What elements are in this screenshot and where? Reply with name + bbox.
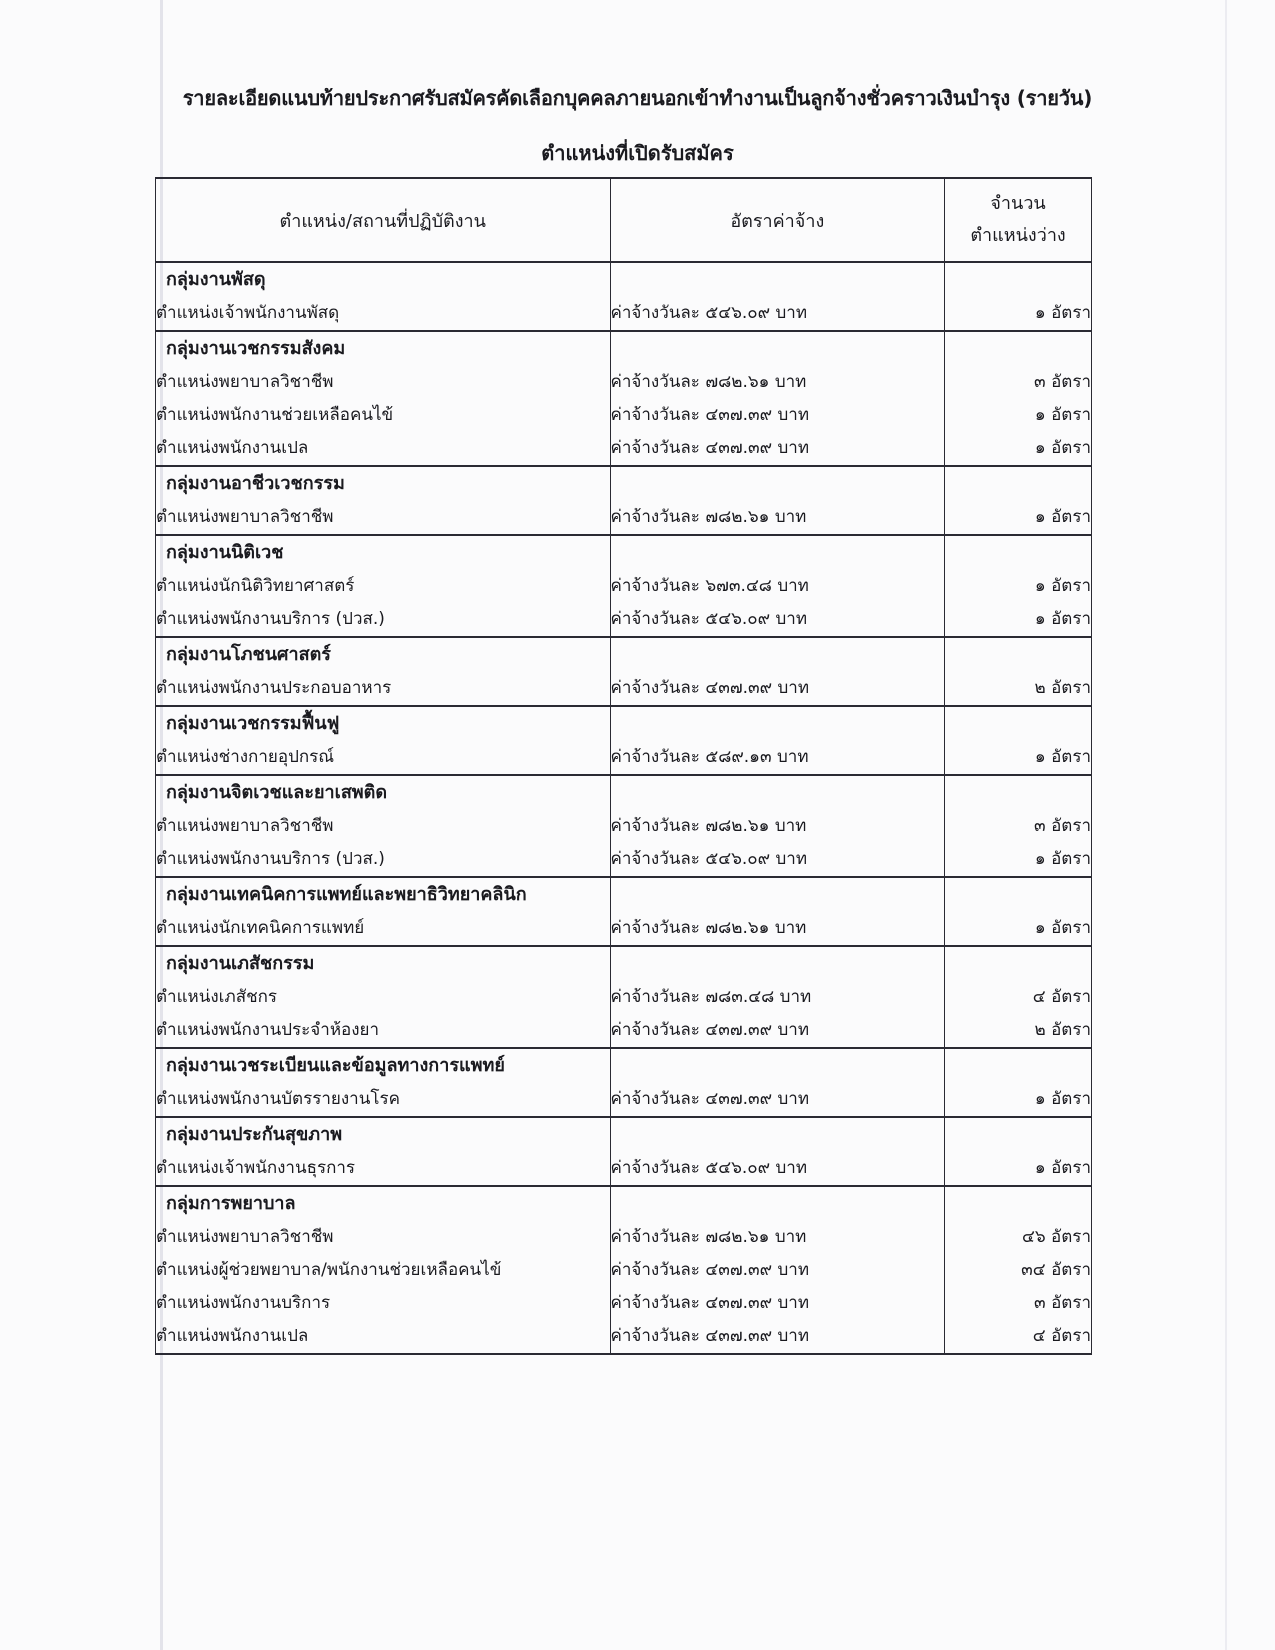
daily-wage: ค่าจ้างวันละ ๕๔๖.๐๙ บาท bbox=[610, 1152, 945, 1186]
group-header-row: กลุ่มงานอาชีวเวชกรรม bbox=[156, 466, 1092, 501]
table-row: ตำแหน่งเจ้าพนักงานพัสดุค่าจ้างวันละ ๕๔๖.… bbox=[156, 297, 1092, 331]
department-name: กลุ่มงานโภชนศาสตร์ bbox=[156, 637, 611, 672]
table-row: ตำแหน่งพนักงานบริการ (ปวส.)ค่าจ้างวันละ … bbox=[156, 843, 1092, 877]
table-row: ตำแหน่งพยาบาลวิชาชีพค่าจ้างวันละ ๗๘๒.๖๑ … bbox=[156, 810, 1092, 843]
wage-cell-empty bbox=[610, 1186, 945, 1221]
daily-wage: ค่าจ้างวันละ ๗๘๒.๖๑ บาท bbox=[610, 366, 945, 399]
vacancy-count: ๓๔ อัตรา bbox=[945, 1254, 1092, 1287]
group-header-row: กลุ่มการพยาบาล bbox=[156, 1186, 1092, 1221]
position-title: ตำแหน่งนักนิติวิทยาศาสตร์ bbox=[156, 570, 611, 603]
group-header-row: กลุ่มงานเวชกรรมฟื้นฟู bbox=[156, 706, 1092, 741]
position-title: ตำแหน่งพนักงานประกอบอาหาร bbox=[156, 672, 611, 706]
count-cell-empty bbox=[945, 637, 1092, 672]
department-name: กลุ่มงานเวชระเบียนและข้อมูลทางการแพทย์ bbox=[156, 1048, 611, 1083]
open-positions-table: ตำแหน่ง/สถานที่ปฏิบัติงาน อัตราค่าจ้าง จ… bbox=[155, 177, 1092, 1355]
wage-cell-empty bbox=[610, 877, 945, 912]
vacancy-count: ๓ อัตรา bbox=[945, 810, 1092, 843]
daily-wage: ค่าจ้างวันละ ๗๘๒.๖๑ บาท bbox=[610, 912, 945, 946]
table-row: ตำแหน่งพนักงานเปลค่าจ้างวันละ ๔๓๗.๓๙ บาท… bbox=[156, 432, 1092, 466]
wage-cell-empty bbox=[610, 946, 945, 981]
table-header: ตำแหน่ง/สถานที่ปฏิบัติงาน อัตราค่าจ้าง จ… bbox=[156, 178, 1092, 262]
position-title: ตำแหน่งพนักงานเปล bbox=[156, 1320, 611, 1354]
daily-wage: ค่าจ้างวันละ ๗๘๓.๔๘ บาท bbox=[610, 981, 945, 1014]
department-name: กลุ่มงานพัสดุ bbox=[156, 262, 611, 297]
department-name: กลุ่มการพยาบาล bbox=[156, 1186, 611, 1221]
department-group: กลุ่มงานประกันสุขภาพตำแหน่งเจ้าพนักงานธุ… bbox=[156, 1117, 1092, 1186]
count-cell-empty bbox=[945, 466, 1092, 501]
group-header-row: กลุ่มงานเภสัชกรรม bbox=[156, 946, 1092, 981]
table-row: ตำแหน่งผู้ช่วยพยาบาล/พนักงานช่วยเหลือคนไ… bbox=[156, 1254, 1092, 1287]
table-row: ตำแหน่งพยาบาลวิชาชีพค่าจ้างวันละ ๗๘๒.๖๑ … bbox=[156, 366, 1092, 399]
vacancy-count: ๑ อัตรา bbox=[945, 741, 1092, 775]
vacancy-count: ๔ อัตรา bbox=[945, 1320, 1092, 1354]
table-row: ตำแหน่งพนักงานเปลค่าจ้างวันละ ๔๓๗.๓๙ บาท… bbox=[156, 1320, 1092, 1354]
position-title: ตำแหน่งพยาบาลวิชาชีพ bbox=[156, 501, 611, 535]
vacancy-count: ๑ อัตรา bbox=[945, 570, 1092, 603]
group-header-row: กลุ่มงานเวชระเบียนและข้อมูลทางการแพทย์ bbox=[156, 1048, 1092, 1083]
wage-cell-empty bbox=[610, 535, 945, 570]
position-title: ตำแหน่งพนักงานเปล bbox=[156, 432, 611, 466]
table-row: ตำแหน่งพนักงานประจำห้องยาค่าจ้างวันละ ๔๓… bbox=[156, 1014, 1092, 1048]
wage-cell-empty bbox=[610, 706, 945, 741]
group-header-row: กลุ่มงานพัสดุ bbox=[156, 262, 1092, 297]
position-title: ตำแหน่งพยาบาลวิชาชีพ bbox=[156, 1221, 611, 1254]
group-header-row: กลุ่มงานโภชนศาสตร์ bbox=[156, 637, 1092, 672]
table-row: ตำแหน่งช่างกายอุปกรณ์ค่าจ้างวันละ ๕๘๙.๑๓… bbox=[156, 741, 1092, 775]
position-title: ตำแหน่งนักเทคนิคการแพทย์ bbox=[156, 912, 611, 946]
count-cell-empty bbox=[945, 535, 1092, 570]
vacancy-count: ๒ อัตรา bbox=[945, 672, 1092, 706]
group-header-row: กลุ่มงานเทคนิคการแพทย์และพยาธิวิทยาคลินิ… bbox=[156, 877, 1092, 912]
department-group: กลุ่มการพยาบาลตำแหน่งพยาบาลวิชาชีพค่าจ้า… bbox=[156, 1186, 1092, 1354]
department-name: กลุ่มงานเวชกรรมฟื้นฟู bbox=[156, 706, 611, 741]
vacancy-count: ๔๖ อัตรา bbox=[945, 1221, 1092, 1254]
department-group: กลุ่มงานจิตเวชและยาเสพติดตำแหน่งพยาบาลวิ… bbox=[156, 775, 1092, 877]
position-title: ตำแหน่งเจ้าพนักงานธุรการ bbox=[156, 1152, 611, 1186]
position-title: ตำแหน่งพยาบาลวิชาชีพ bbox=[156, 810, 611, 843]
header-position: ตำแหน่ง/สถานที่ปฏิบัติงาน bbox=[156, 178, 611, 262]
table-row: ตำแหน่งเจ้าพนักงานธุรการค่าจ้างวันละ ๕๔๖… bbox=[156, 1152, 1092, 1186]
vacancy-count: ๑ อัตรา bbox=[945, 399, 1092, 432]
department-group: กลุ่มงานอาชีวเวชกรรมตำแหน่งพยาบาลวิชาชีพ… bbox=[156, 466, 1092, 535]
table-row: ตำแหน่งพนักงานประกอบอาหารค่าจ้างวันละ ๔๓… bbox=[156, 672, 1092, 706]
table-row: ตำแหน่งพนักงานบริการค่าจ้างวันละ ๔๓๗.๓๙ … bbox=[156, 1287, 1092, 1320]
position-title: ตำแหน่งเภสัชกร bbox=[156, 981, 611, 1014]
daily-wage: ค่าจ้างวันละ ๕๔๖.๐๙ บาท bbox=[610, 843, 945, 877]
department-name: กลุ่มงานเทคนิคการแพทย์และพยาธิวิทยาคลินิ… bbox=[156, 877, 611, 912]
department-group: กลุ่มงานเวชกรรมสังคมตำแหน่งพยาบาลวิชาชีพ… bbox=[156, 331, 1092, 466]
count-cell-empty bbox=[945, 946, 1092, 981]
count-cell-empty bbox=[945, 331, 1092, 366]
scan-edge-shadow bbox=[1225, 0, 1227, 1650]
department-group: กลุ่มงานเวชกรรมฟื้นฟูตำแหน่งช่างกายอุปกร… bbox=[156, 706, 1092, 775]
daily-wage: ค่าจ้างวันละ ๗๘๒.๖๑ บาท bbox=[610, 501, 945, 535]
position-title: ตำแหน่งพนักงานบริการ (ปวส.) bbox=[156, 603, 611, 637]
table-row: ตำแหน่งนักเทคนิคการแพทย์ค่าจ้างวันละ ๗๘๒… bbox=[156, 912, 1092, 946]
wage-cell-empty bbox=[610, 637, 945, 672]
count-cell-empty bbox=[945, 706, 1092, 741]
department-group: กลุ่มงานโภชนศาสตร์ตำแหน่งพนักงานประกอบอา… bbox=[156, 637, 1092, 706]
document-subtitle: ตำแหน่งที่เปิดรับสมัคร bbox=[0, 137, 1275, 169]
daily-wage: ค่าจ้างวันละ ๕๔๖.๐๙ บาท bbox=[610, 603, 945, 637]
department-name: กลุ่มงานอาชีวเวชกรรม bbox=[156, 466, 611, 501]
position-title: ตำแหน่งพนักงานบริการ (ปวส.) bbox=[156, 843, 611, 877]
table-row: ตำแหน่งพยาบาลวิชาชีพค่าจ้างวันละ ๗๘๒.๖๑ … bbox=[156, 1221, 1092, 1254]
count-cell-empty bbox=[945, 877, 1092, 912]
daily-wage: ค่าจ้างวันละ ๔๓๗.๓๙ บาท bbox=[610, 432, 945, 466]
table-row: ตำแหน่งเภสัชกรค่าจ้างวันละ ๗๘๓.๔๘ บาท๔ อ… bbox=[156, 981, 1092, 1014]
daily-wage: ค่าจ้างวันละ ๔๓๗.๓๙ บาท bbox=[610, 1287, 945, 1320]
daily-wage: ค่าจ้างวันละ ๔๓๗.๓๙ บาท bbox=[610, 672, 945, 706]
daily-wage: ค่าจ้างวันละ ๔๓๗.๓๙ บาท bbox=[610, 1083, 945, 1117]
daily-wage: ค่าจ้างวันละ ๕๔๖.๐๙ บาท bbox=[610, 297, 945, 331]
daily-wage: ค่าจ้างวันละ ๖๗๓.๔๘ บาท bbox=[610, 570, 945, 603]
vacancy-count: ๑ อัตรา bbox=[945, 603, 1092, 637]
vacancy-count: ๑ อัตรา bbox=[945, 843, 1092, 877]
vacancy-count: ๑ อัตรา bbox=[945, 297, 1092, 331]
department-group: กลุ่มงานนิติเวชตำแหน่งนักนิติวิทยาศาสตร์… bbox=[156, 535, 1092, 637]
group-header-row: กลุ่มงานเวชกรรมสังคม bbox=[156, 331, 1092, 366]
vacancy-count: ๓ อัตรา bbox=[945, 1287, 1092, 1320]
daily-wage: ค่าจ้างวันละ ๔๓๗.๓๙ บาท bbox=[610, 1254, 945, 1287]
header-count-line2: ตำแหน่งว่าง bbox=[945, 220, 1091, 252]
position-title: ตำแหน่งพนักงานประจำห้องยา bbox=[156, 1014, 611, 1048]
count-cell-empty bbox=[945, 262, 1092, 297]
wage-cell-empty bbox=[610, 331, 945, 366]
group-header-row: กลุ่มงานประกันสุขภาพ bbox=[156, 1117, 1092, 1152]
wage-cell-empty bbox=[610, 775, 945, 810]
vacancy-count: ๑ อัตรา bbox=[945, 1152, 1092, 1186]
daily-wage: ค่าจ้างวันละ ๗๘๒.๖๑ บาท bbox=[610, 1221, 945, 1254]
header-count-line1: จำนวน bbox=[945, 188, 1091, 220]
document-title: รายละเอียดแนบท้ายประกาศรับสมัครคัดเลือกบ… bbox=[0, 82, 1275, 114]
daily-wage: ค่าจ้างวันละ ๔๓๗.๓๙ บาท bbox=[610, 1320, 945, 1354]
wage-cell-empty bbox=[610, 262, 945, 297]
daily-wage: ค่าจ้างวันละ ๗๘๒.๖๑ บาท bbox=[610, 810, 945, 843]
department-group: กลุ่มงานเวชระเบียนและข้อมูลทางการแพทย์ตำ… bbox=[156, 1048, 1092, 1117]
vacancy-count: ๔ อัตรา bbox=[945, 981, 1092, 1014]
daily-wage: ค่าจ้างวันละ ๔๓๗.๓๙ บาท bbox=[610, 399, 945, 432]
table-row: ตำแหน่งพนักงานบัตรรายงานโรคค่าจ้างวันละ … bbox=[156, 1083, 1092, 1117]
department-group: กลุ่มงานพัสดุตำแหน่งเจ้าพนักงานพัสดุค่าจ… bbox=[156, 262, 1092, 331]
group-header-row: กลุ่มงานนิติเวช bbox=[156, 535, 1092, 570]
vacancy-count: ๑ อัตรา bbox=[945, 1083, 1092, 1117]
wage-cell-empty bbox=[610, 1048, 945, 1083]
table-row: ตำแหน่งนักนิติวิทยาศาสตร์ค่าจ้างวันละ ๖๗… bbox=[156, 570, 1092, 603]
daily-wage: ค่าจ้างวันละ ๕๘๙.๑๓ บาท bbox=[610, 741, 945, 775]
daily-wage: ค่าจ้างวันละ ๔๓๗.๓๙ บาท bbox=[610, 1014, 945, 1048]
vacancy-count: ๑ อัตรา bbox=[945, 501, 1092, 535]
table-row: ตำแหน่งพยาบาลวิชาชีพค่าจ้างวันละ ๗๘๒.๖๑ … bbox=[156, 501, 1092, 535]
position-title: ตำแหน่งช่างกายอุปกรณ์ bbox=[156, 741, 611, 775]
table-row: ตำแหน่งพนักงานบริการ (ปวส.)ค่าจ้างวันละ … bbox=[156, 603, 1092, 637]
position-title: ตำแหน่งพนักงานบริการ bbox=[156, 1287, 611, 1320]
vacancy-count: ๑ อัตรา bbox=[945, 432, 1092, 466]
department-group: กลุ่มงานเภสัชกรรมตำแหน่งเภสัชกรค่าจ้างวั… bbox=[156, 946, 1092, 1048]
vacancy-count: ๒ อัตรา bbox=[945, 1014, 1092, 1048]
position-title: ตำแหน่งผู้ช่วยพยาบาล/พนักงานช่วยเหลือคนไ… bbox=[156, 1254, 611, 1287]
position-title: ตำแหน่งเจ้าพนักงานพัสดุ bbox=[156, 297, 611, 331]
wage-cell-empty bbox=[610, 466, 945, 501]
table-row: ตำแหน่งพนักงานช่วยเหลือคนไข้ค่าจ้างวันละ… bbox=[156, 399, 1092, 432]
position-title: ตำแหน่งพยาบาลวิชาชีพ bbox=[156, 366, 611, 399]
department-name: กลุ่มงานเวชกรรมสังคม bbox=[156, 331, 611, 366]
position-title: ตำแหน่งพนักงานบัตรรายงานโรค bbox=[156, 1083, 611, 1117]
department-name: กลุ่มงานจิตเวชและยาเสพติด bbox=[156, 775, 611, 810]
position-title: ตำแหน่งพนักงานช่วยเหลือคนไข้ bbox=[156, 399, 611, 432]
vacancy-count: ๑ อัตรา bbox=[945, 912, 1092, 946]
vacancy-count: ๓ อัตรา bbox=[945, 366, 1092, 399]
count-cell-empty bbox=[945, 1186, 1092, 1221]
header-count: จำนวน ตำแหน่งว่าง bbox=[945, 178, 1092, 262]
count-cell-empty bbox=[945, 775, 1092, 810]
group-header-row: กลุ่มงานจิตเวชและยาเสพติด bbox=[156, 775, 1092, 810]
count-cell-empty bbox=[945, 1048, 1092, 1083]
count-cell-empty bbox=[945, 1117, 1092, 1152]
department-name: กลุ่มงานประกันสุขภาพ bbox=[156, 1117, 611, 1152]
department-group: กลุ่มงานเทคนิคการแพทย์และพยาธิวิทยาคลินิ… bbox=[156, 877, 1092, 946]
header-wage: อัตราค่าจ้าง bbox=[610, 178, 945, 262]
wage-cell-empty bbox=[610, 1117, 945, 1152]
department-name: กลุ่มงานเภสัชกรรม bbox=[156, 946, 611, 981]
department-name: กลุ่มงานนิติเวช bbox=[156, 535, 611, 570]
